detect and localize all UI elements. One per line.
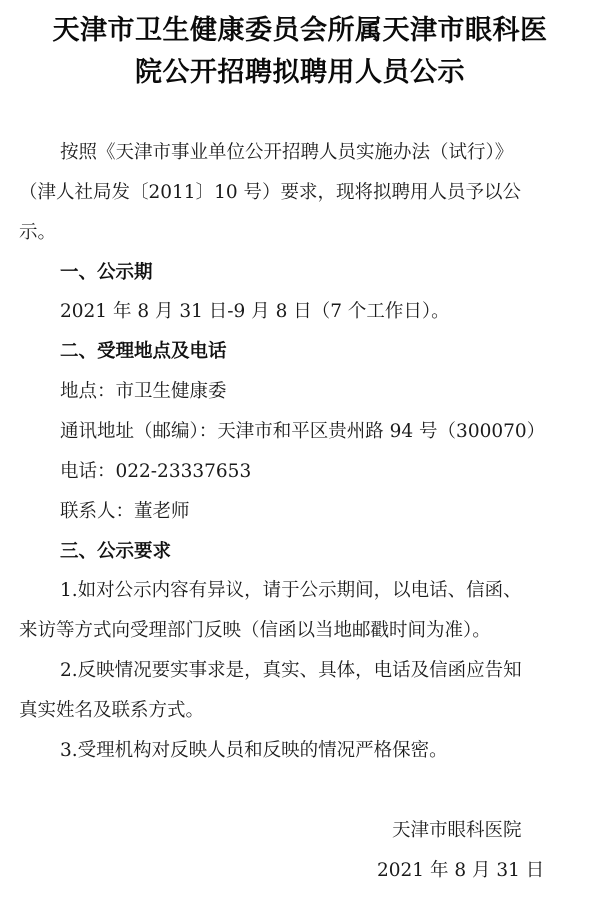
section-heading-period: 一、公示期 [60,261,153,285]
requirement-1-line-1: 1.如对公示内容有异议，请于公示期间，以电话、信函、 [60,579,522,603]
intro-line-2: （津人社局发〔2011〕10 号）要求，现将拟聘用人员予以公 [19,181,521,205]
requirement-2-line-2: 真实姓名及联系方式。 [19,699,204,723]
period-dates: 2021 年 8 月 31 日-9 月 8 日（7 个工作日）。 [60,300,450,324]
intro-line-1: 按照《天津市事业单位公开招聘人员实施办法（试行）》 [60,141,513,165]
signature-organization: 天津市眼科医院 [392,819,522,843]
page-title-line-1: 天津市卫生健康委员会所属天津市眼科医 [0,14,600,48]
signature-date: 2021 年 8 月 31 日 [377,859,544,883]
contact-phone: 电话：022-23337653 [60,460,251,484]
section-heading-contact: 二、受理地点及电话 [60,340,227,364]
contact-address: 通讯地址（邮编）：天津市和平区贵州路 94 号（300070） [60,420,545,444]
section-heading-requirements: 三、公示要求 [60,540,171,564]
contact-location: 地点：市卫生健康委 [60,380,227,404]
requirement-3: 3.受理机构对反映人员和反映的情况严格保密。 [60,739,448,763]
intro-line-3: 示。 [19,221,56,245]
page-title-line-2: 院公开招聘拟聘用人员公示 [0,56,600,90]
contact-person: 联系人：董老师 [60,500,190,524]
requirement-2-line-1: 2.反映情况要实事求是，真实、具体，电话及信函应告知 [60,659,522,683]
requirement-1-line-2: 来访等方式向受理部门反映（信函以当地邮戳时间为准）。 [19,619,491,643]
